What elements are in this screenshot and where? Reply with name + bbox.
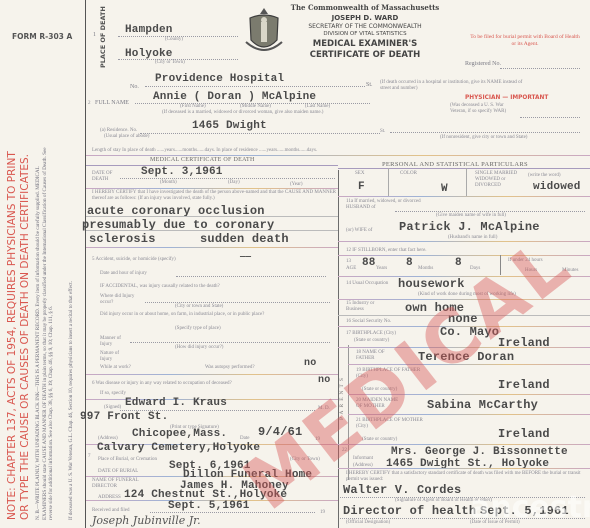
accident-label: 5 Accident, suicide, or homicide (specif…: [92, 257, 176, 263]
occupation-related-label: 6 Was disease or injury in any way relat…: [92, 381, 232, 387]
informant-value: Mrs. George J. Bissonnette: [391, 446, 568, 458]
registered-no-line: [500, 68, 580, 69]
city-state-label: (City or town and State): [175, 304, 223, 310]
autopsy-label: Was autopsy performed?: [205, 365, 255, 371]
specify-place-label: (Specify type of place): [175, 326, 221, 332]
burial-date-label: DATE OF BURIAL: [98, 469, 138, 475]
commonwealth-heading: The Commonwealth of Massachusetts: [290, 3, 440, 12]
institution-note: (If death occurred in a hospital or inst…: [380, 80, 530, 92]
cause-rule: [86, 216, 338, 217]
secretary-title: SECRETARY OF THE COMMONWEALTH: [290, 23, 440, 30]
divider: [86, 247, 338, 248]
divider: [86, 374, 338, 375]
mother-birthplace-value: Ireland: [498, 427, 550, 441]
cause-rule: [86, 230, 338, 231]
length-of-stay: Length of stay In place of death ......y…: [92, 148, 317, 154]
stillborn-label: 12 IF STILLBORN, enter that fact here.: [346, 248, 427, 254]
date-hour-injury-label: Date and hour of injury: [100, 271, 147, 277]
examiner-street: 997 Front St.: [80, 411, 168, 423]
veteran-note: If deceased was a U. S. War Veteran, G.L…: [68, 281, 74, 520]
while-at-work-label: While at work?: [100, 365, 131, 371]
watermark: ancestries: [470, 490, 590, 525]
maiden-name-wife-label: (Give maiden name of wife in full): [436, 213, 506, 219]
industry-label: 15 Industry or Business: [346, 301, 391, 313]
chapter-note-line1: NOTE: CHAPTER 137, ACTS OF 1954, REQUIRE…: [6, 151, 19, 520]
examiner-name: Edward I. Kraus: [125, 397, 227, 409]
residence-st-label: St.: [380, 129, 385, 135]
write-word-label: (write the word): [528, 173, 561, 179]
residence-city-line: [390, 132, 580, 133]
full-name-value: Annie ( Doran ) McAlpine: [153, 91, 316, 103]
where-injury-line: [145, 302, 330, 303]
husband-of-label: 11a If married, widowed, or divorced HUS…: [346, 199, 436, 211]
physician-important: PHYSICIAN — IMPORTANT: [465, 95, 548, 101]
left-border: [85, 0, 86, 528]
registered-no-label: Registered No.: [465, 61, 501, 68]
chapter-note: NOTE: CHAPTER 137, ACTS OF 1954, REQUIRE…: [6, 151, 32, 520]
nature-injury-label: Nature of Injury: [100, 351, 130, 363]
wife-of-label: (or) WIFE of: [346, 228, 372, 234]
color-value: W: [441, 183, 448, 195]
color-label: COLOR: [400, 171, 417, 177]
death-certificate: NOTE: CHAPTER 137, ACTS OF 1954, REQUIRE…: [0, 0, 590, 528]
day-label: (Day): [228, 180, 240, 186]
instructions-note: N. B.—WRITE PLAINLY, WITH UNFADING BLACK…: [35, 140, 55, 520]
residence-line: [140, 133, 380, 134]
county-label: (County): [165, 37, 183, 43]
form-number: FORM R-303 A: [12, 32, 72, 41]
registrar-signature: Joseph Jubinville Jr.: [92, 514, 201, 527]
massachusetts-seal-icon: [244, 6, 284, 58]
accident-value: ——: [240, 252, 251, 262]
age-item-number: 13: [346, 259, 351, 265]
years-label: Years: [376, 266, 387, 272]
permit-certify-text: I HEREBY CERTIFY that a satisfactory sta…: [346, 471, 586, 483]
veteran-line: [520, 117, 580, 118]
veteran-question: (Was deceased a U. S. War Veteran, if so…: [450, 103, 508, 115]
county-value: Hampden: [125, 24, 173, 36]
marital-status-value: widowed: [533, 181, 581, 193]
maiden-name-note: (If deceased is a married, widowed or di…: [162, 110, 323, 116]
divider: [338, 196, 590, 197]
divider: [338, 168, 590, 169]
age-days-value: 8: [455, 257, 462, 269]
institution-value: Providence Hospital: [155, 73, 284, 85]
examiner-city: Chicopee,Mass.: [132, 428, 227, 440]
place-of-death-label: PLACE OF DEATH: [99, 6, 107, 68]
burial-place-label: Place of Burial, or Cremation: [98, 457, 157, 463]
residence-sublabel: (Usual place of abode): [104, 134, 149, 140]
designation-label: (Official Designation): [346, 520, 390, 526]
age-years-value: 88: [362, 257, 376, 269]
secretary-name: JOSEPH D. WARD: [290, 14, 440, 22]
form-title-1: MEDICAL EXAMINER'S: [290, 39, 440, 49]
mother-name-value: Sabina McCarthy: [427, 398, 538, 412]
city-label: (City or Town): [155, 60, 185, 66]
full-name-label: FULL NAME: [95, 100, 129, 107]
where-injury-label: Where did Injury occur?: [100, 294, 140, 306]
item-2-number: 2: [88, 101, 91, 107]
medical-section-title: MEDICAL CERTIFICATE OF DEATH: [150, 157, 255, 163]
institution-line: [145, 86, 365, 87]
date-hour-line: [176, 276, 326, 277]
date-of-death-value: Sept. 3,1961: [141, 166, 223, 178]
if-accidental-label: IF ACCIDENTAL, was injury causally relat…: [100, 284, 220, 290]
age-months-value: 8: [406, 257, 413, 269]
no-label: No.: [130, 84, 139, 91]
form-title-2: CERTIFICATE OF DEATH: [285, 50, 445, 60]
chapter-note-line2: OR TYPE THE CAUSE OR CAUSES OF DEATH ON …: [19, 151, 32, 520]
st-label: St.: [366, 82, 373, 89]
divider: [338, 468, 590, 469]
social-security-label: 16 Social Security No.: [346, 319, 391, 325]
month-label: (Month): [160, 180, 177, 186]
date-of-death-line: [120, 178, 335, 179]
cause-line-3: sclerosis sudden death: [89, 232, 289, 246]
cell-divider: [388, 168, 389, 196]
did-injury-occur-label: Did injury occur in or about home, on fa…: [100, 312, 335, 318]
received-date-value: Sept. 5,1961: [168, 500, 250, 512]
date-of-death-label: DATE OF DEATH: [92, 171, 122, 183]
item-1-number: 1: [93, 32, 96, 39]
divider: [86, 155, 590, 156]
marital-status-label: SINGLE MARRIED WIDOWED or DIVORCED: [475, 171, 520, 189]
residence-value: 1465 Dwight: [192, 120, 267, 132]
burial-permit-note: To be filed for burial permit with Board…: [470, 34, 580, 47]
sex-label: SEX: [355, 171, 364, 177]
father-birthplace-value: Ireland: [498, 378, 550, 392]
divider: [86, 188, 338, 189]
certify-text: I HEREBY CERTIFY that I have investigate…: [92, 190, 336, 202]
sex-value: F: [358, 181, 365, 193]
personal-section-title: PERSONAL AND STATISTICAL PARTICULARS: [382, 161, 528, 168]
manner-injury-line: [130, 342, 330, 343]
cell-divider: [466, 168, 467, 196]
occupation-label: 14 Usual Occupation: [346, 281, 391, 287]
husband-line: [395, 211, 585, 212]
received-year-label: 19: [320, 510, 325, 516]
manner-injury-label: Manner of Injury: [100, 336, 130, 348]
designation-value: Director of health: [343, 504, 476, 518]
autopsy-value: no: [304, 358, 316, 369]
division-name: DIVISION OF VITAL STATISTICS: [290, 31, 440, 37]
item-7-number: 7: [88, 454, 91, 460]
months-label: Months: [418, 266, 433, 272]
how-injury-label: (How did injury occur?): [175, 345, 223, 351]
agent-signature-value: Walter V. Cordes: [343, 483, 461, 497]
nonresident-note: (If nonresident, give city or town and S…: [440, 135, 527, 141]
age-label: AGE: [346, 266, 356, 272]
if-so-label: If so, specify: [100, 391, 126, 397]
